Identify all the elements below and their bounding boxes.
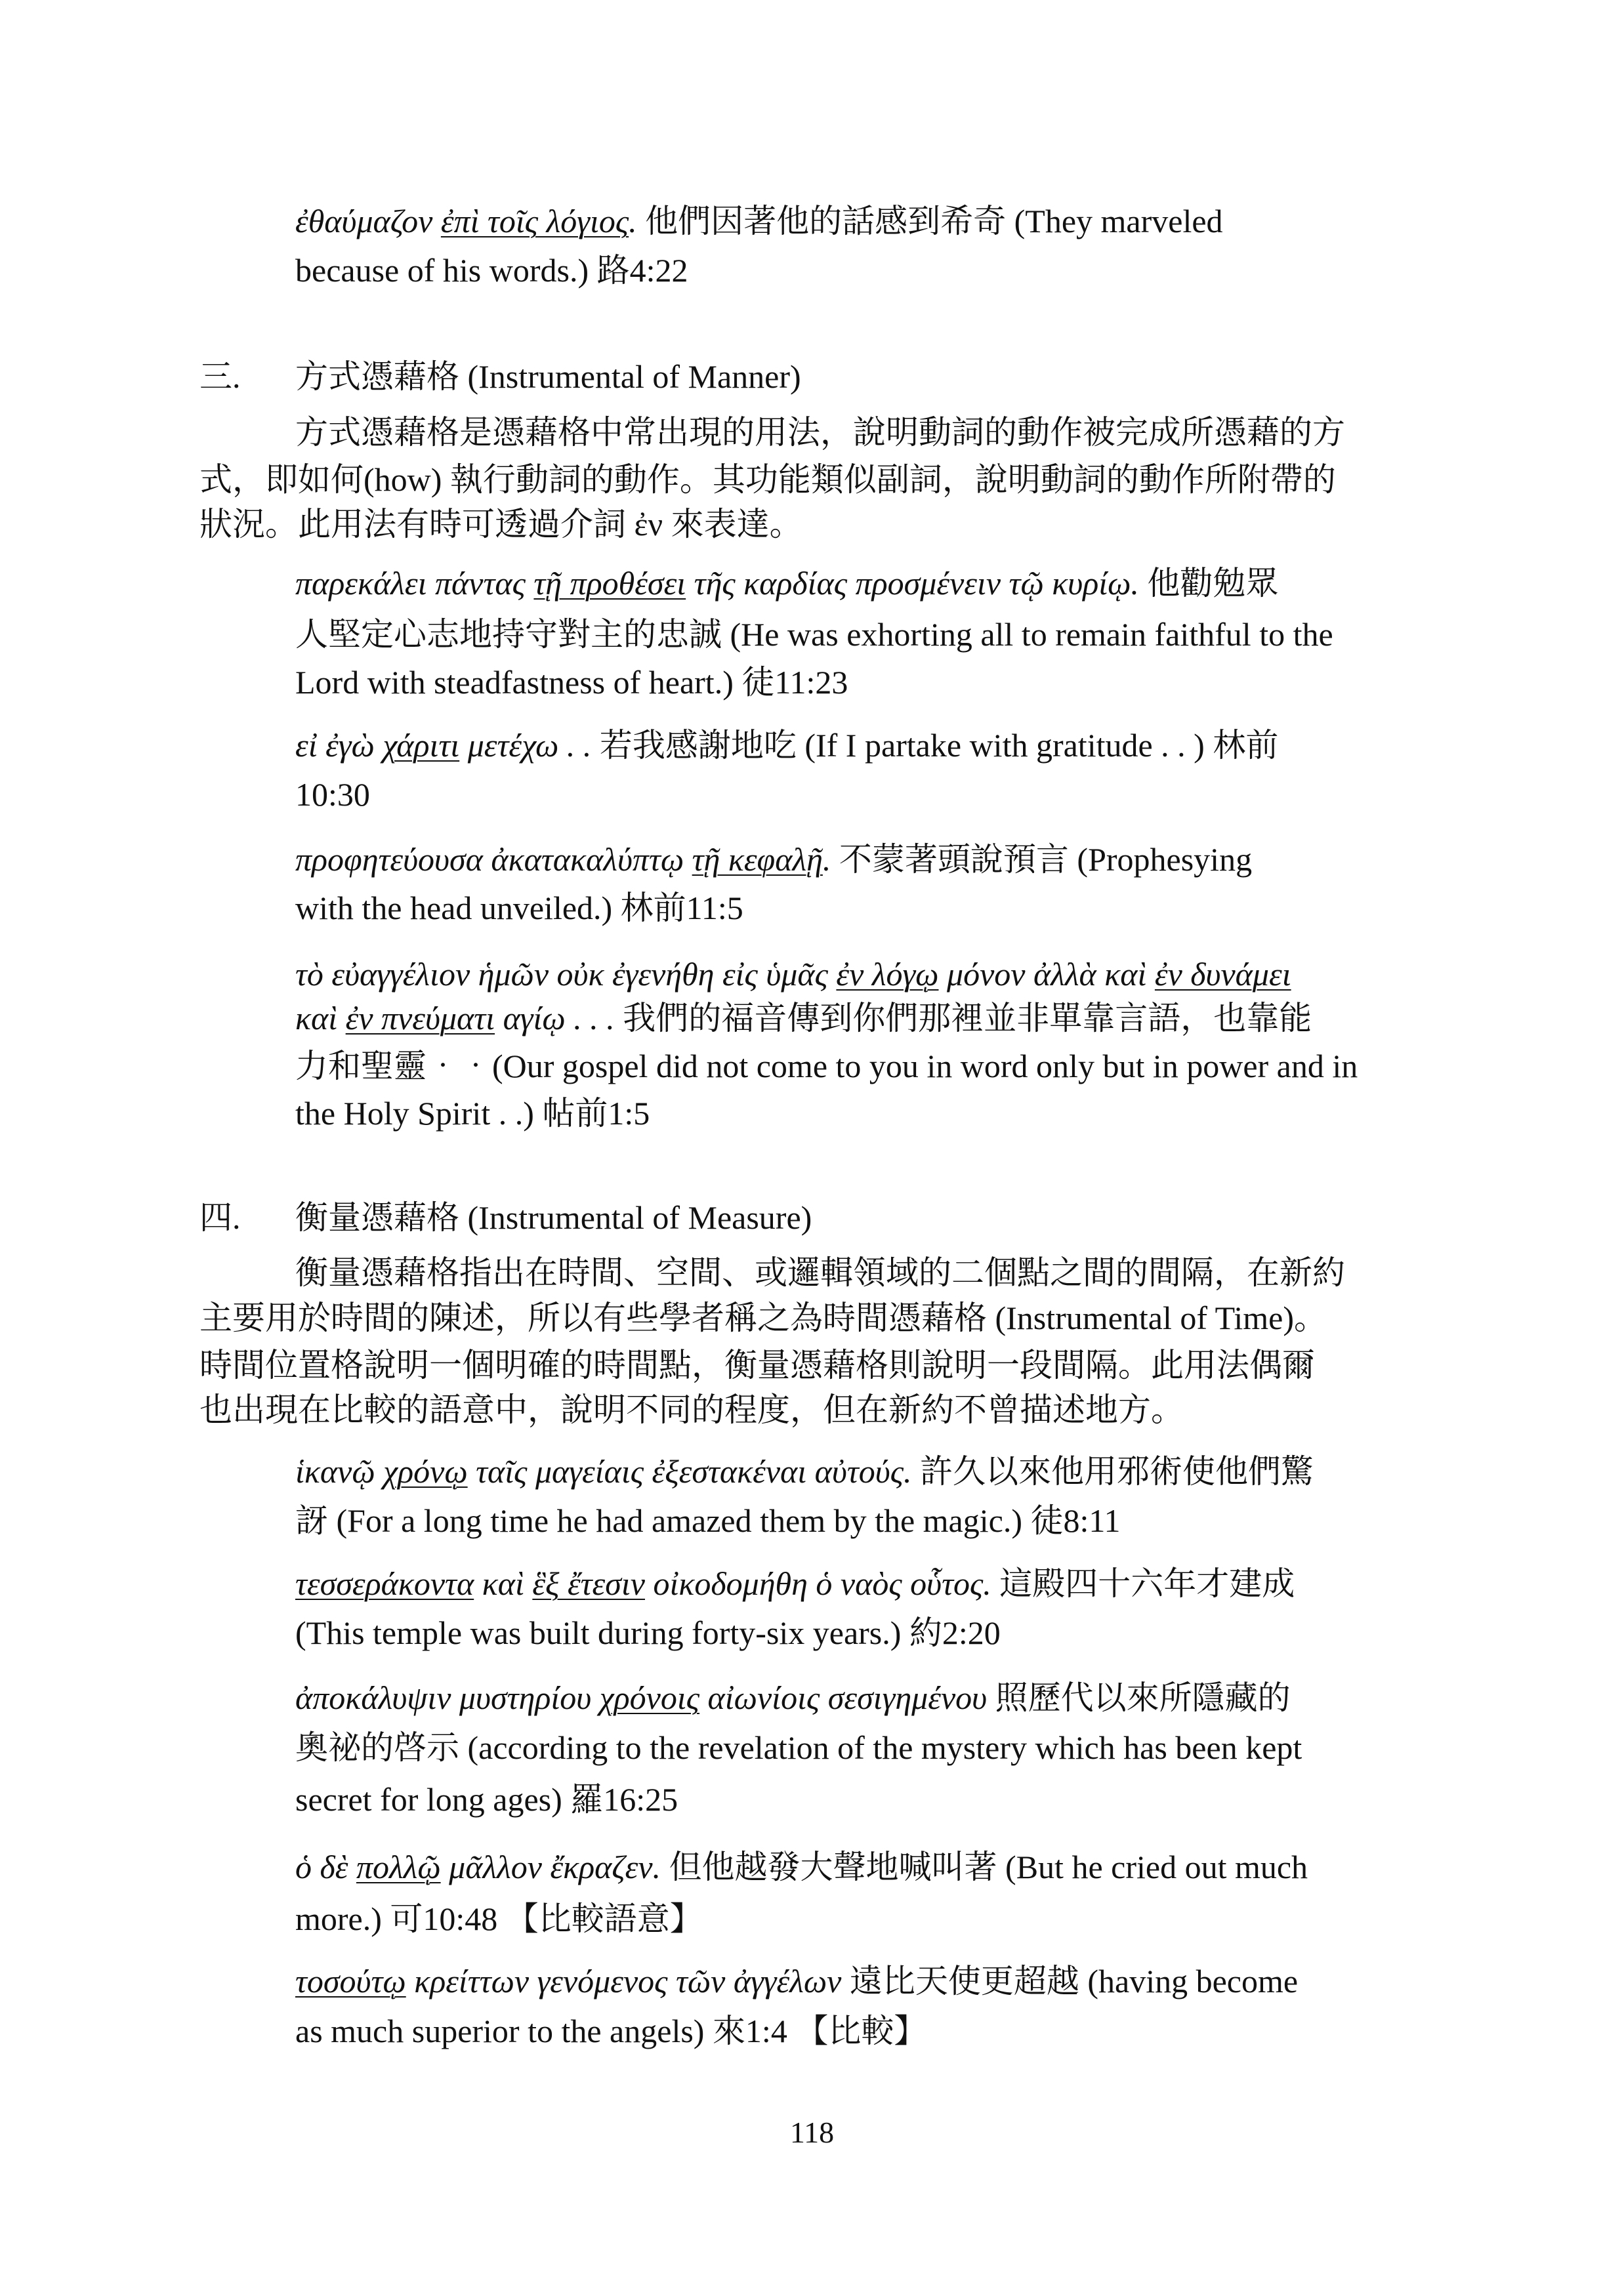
greek-text: τὸ εὐαγγέλιον ἡμῶν οὐκ ἐγενήθη εἰς ὑμᾶς (295, 956, 836, 993)
translation: 許久以來他用邪術使他們驚 (920, 1453, 1314, 1490)
greek-text: κρείττων γενόμενος τῶν ἀγγέλων (406, 1963, 850, 1999)
greek-text: προφητεύουσα ἀκατακαλύπτῳ (295, 841, 692, 878)
intro-example-line-1: ἐθαύμαζον ἐπὶ τοῖς λόγιος. 他們因著他的話感到希奇 (… (295, 201, 1223, 241)
s3-example-4-line-4: the Holy Spirit . .) 帖前1:5 (295, 1094, 650, 1133)
greek-text: μόνον ἀλλὰ καὶ (938, 956, 1154, 993)
greek-text: . (823, 841, 839, 878)
greek-text: ταῖς μαγείαις ἐξεστακέναι αὐτούς. (468, 1453, 920, 1490)
section-4-paragraph-line-2: 主要用於時間的陳述，所以有些學者稱之為時間憑藉格 (Instrumental o… (199, 1298, 1327, 1338)
greek-underlined: τεσσεράκοντα (295, 1565, 474, 1602)
greek-text: μετέχω . . (459, 727, 600, 764)
translation: 但他越發大聲地喊叫著 (But he cried out much (669, 1849, 1308, 1885)
s4-example-4-line-2: more.) 可10:48 【比較語意】 (295, 1899, 703, 1938)
section-4-title: 衡量憑藉格 (Instrumental of Measure) (295, 1198, 812, 1237)
greek-text: τῆς καρδίας προσμένειν τῷ κυρίῳ. (686, 565, 1147, 602)
translation: 他們因著他的話感到希奇 (They marveled (645, 203, 1222, 239)
greek-text: οἰκοδομήθη ὁ ναὸς οὗτος. (645, 1565, 999, 1602)
section-4-number: 四. (199, 1198, 241, 1237)
section-4-paragraph-line-4: 也出現在比較的語意中，說明不同的程度，但在新約不曾描述地方。 (199, 1390, 1184, 1429)
greek-text: . (629, 203, 645, 239)
section-3-number: 三. (199, 357, 241, 396)
greek-underlined: πολλῷ (356, 1849, 441, 1885)
translation: 他勸勉眾 (1147, 565, 1278, 602)
greek-underlined: τοσούτῳ (295, 1963, 406, 1999)
s3-example-4-line-3: 力和聖靈‧‧(Our gospel did not come to you in… (295, 1046, 1358, 1086)
greek-underlined: χρόνοις (600, 1679, 699, 1716)
s3-example-1-line-1: παρεκάλει πάντας τῇ προθέσει τῆς καρδίας… (295, 564, 1278, 603)
s3-example-3-line-2: with the head unveiled.) 林前11:5 (295, 888, 743, 928)
s3-example-2-line-2: 10:30 (295, 775, 370, 814)
section-4-paragraph-line-1: 衡量憑藉格指出在時間、空間、或邏輯領域的二個點之間的間隔，在新約 (295, 1253, 1345, 1292)
page-number: 118 (0, 2114, 1624, 2151)
s4-example-3-line-1: ἀποκάλυψιν μυστηρίου χρόνοις αἰωνίοις σε… (295, 1678, 1291, 1717)
greek-text: αἰωνίοις σεσιγημένου (699, 1679, 995, 1716)
s4-example-3-line-3: secret for long ages) 羅16:25 (295, 1780, 678, 1819)
translation: 若我感謝地吃 (If I partake with gratitude . . … (600, 727, 1278, 764)
greek-underlined: ἓξ ἔτεσιν (532, 1565, 645, 1602)
section-3-title: 方式憑藉格 (Instrumental of Manner) (295, 357, 801, 396)
translation: 照歷代以來所隱藏的 (995, 1679, 1291, 1716)
greek-underlined: ἐν δυνάμει (1155, 956, 1291, 993)
translation: 我們的福音傳到你們那裡並非單靠言語，也靠能 (623, 1000, 1312, 1036)
s3-example-4-line-2: καὶ ἐν πνεύματι αγίῳ . . . 我們的福音傳到你們那裡並非… (295, 998, 1312, 1038)
intro-example-line-2: because of his words.) 路4:22 (295, 251, 688, 290)
greek-underlined: ἐπὶ τοῖς λόγιος (441, 203, 629, 239)
greek-underlined: ἐν πνεύματι (346, 1000, 495, 1036)
s4-example-2-line-1: τεσσεράκοντα καὶ ἓξ ἔτεσιν οἰκοδομήθη ὁ … (295, 1564, 1295, 1603)
greek-text: ἀποκάλυψιν μυστηρίου (295, 1679, 600, 1716)
greek-underlined: χρόνῳ (383, 1453, 468, 1490)
greek-text: εἰ ἐγὼ (295, 727, 383, 764)
s4-example-1-line-1: ἱκανῷ χρόνῳ ταῖς μαγείαις ἐξεστακέναι αὐ… (295, 1452, 1314, 1491)
s3-example-4-line-1: τὸ εὐαγγέλιον ἡμῶν οὐκ ἐγενήθη εἰς ὑμᾶς … (295, 954, 1291, 994)
section-3-paragraph-line-1: 方式憑藉格是憑藉格中常出現的用法，說明動詞的動作被完成所憑藉的方 (295, 413, 1345, 452)
s4-example-4-line-1: ὁ δὲ πολλῷ μᾶλλον ἔκραζεν. 但他越發大聲地喊叫著 (B… (295, 1847, 1308, 1887)
s4-example-3-line-2: 奧祕的啓示 (according to the revelation of th… (295, 1728, 1302, 1767)
greek-text: ὁ δὲ (295, 1849, 356, 1885)
greek-text: καὶ (295, 1000, 346, 1036)
translation: 遠比天使更超越 (having become (850, 1963, 1298, 1999)
s4-example-2-line-2: (This temple was built during forty-six … (295, 1613, 1001, 1652)
section-3-paragraph-line-2: 式，即如何(how) 執行動詞的動作。其功能類似副詞，說明動詞的動作所附帶的 (199, 460, 1336, 499)
section-3-paragraph-line-3: 狀況。此用法有時可透過介詞 ἐν 來表達。 (199, 504, 802, 544)
greek-text: μᾶλλον ἔκραζεν. (441, 1849, 669, 1885)
greek-underlined: τῇ προθέσει (533, 565, 686, 602)
greek-text: καὶ (474, 1565, 532, 1602)
section-4-paragraph-line-3: 時間位置格說明一個明確的時間點，衡量憑藉格則說明一段間隔。此用法偶爾 (199, 1345, 1315, 1385)
s3-example-1-line-3: Lord with steadfastness of heart.) 徒11:2… (295, 663, 848, 702)
s4-example-1-line-2: 訝 (For a long time he had amazed them by… (295, 1501, 1121, 1540)
s4-example-5-line-1: τοσούτῳ κρείττων γενόμενος τῶν ἀγγέλων 遠… (295, 1961, 1298, 2001)
translation: 這殿四十六年才建成 (999, 1565, 1295, 1602)
greek-underlined: τῇ κεφαλῇ (692, 841, 823, 878)
s3-example-3-line-1: προφητεύουσα ἀκατακαλύπτῳ τῇ κεφαλῇ. 不蒙著… (295, 840, 1252, 879)
greek-text: ἱκανῷ (295, 1453, 383, 1490)
s4-example-5-line-2: as much superior to the angels) 來1:4 【比較… (295, 2011, 927, 2051)
s3-example-1-line-2: 人堅定心志地持守對主的忠誠 (He was exhorting all to r… (295, 615, 1333, 654)
greek-underlined: ἐν λόγῳ (836, 956, 938, 993)
translation: 不蒙著頭說預言 (Prophesying (839, 841, 1252, 878)
greek-text: αγίῳ . . . (495, 1000, 623, 1036)
greek-underlined: χάριτι (383, 727, 459, 764)
greek-text: ἐθαύμαζον (295, 203, 441, 239)
greek-text: παρεκάλει πάντας (295, 565, 533, 602)
s3-example-2-line-1: εἰ ἐγὼ χάριτι μετέχω . . 若我感謝地吃 (If I pa… (295, 726, 1278, 765)
